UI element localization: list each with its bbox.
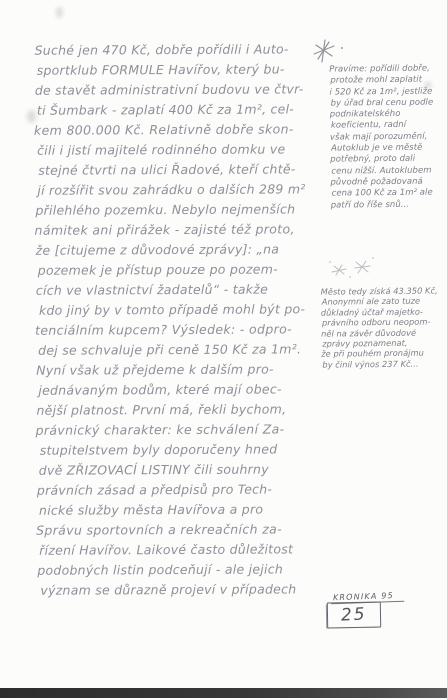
text-line: jednávaným bodům, které mají obec-	[38, 379, 328, 401]
scan-smudge	[56, 7, 63, 18]
text-line: de stavět administrativní budovu ve čtvr…	[35, 79, 327, 101]
text-line: tenciálním kupcem? Výsledek: - odpro-	[35, 319, 328, 341]
text-line: cena 100 Kč za 1m² ale	[332, 188, 447, 201]
scan-edge-bar	[0, 688, 447, 698]
page-number-box: 25	[327, 602, 381, 629]
text-line: námitek ani přirážek - zajisté též proto…	[34, 219, 327, 241]
text-line: dej se schvaluje při ceně 150 Kč za 1m².	[38, 339, 328, 361]
text-line: Nyní však už přejdeme k dalším pro-	[36, 359, 328, 381]
text-line: právnický charakter: ke schválení Za-	[36, 419, 329, 441]
text-line: právních zásad a předpisů pro Tech-	[37, 479, 329, 501]
text-line: kem 800.000 Kč. Relativně dobře skon-	[34, 119, 327, 141]
text-line: dvě ZŘIZOVACÍ LISTINY čili souhrny	[39, 459, 329, 481]
text-line: jí rozšířit svou zahrádku o dalších 289 …	[37, 179, 327, 201]
text-line: přilehlého pozemku. Nebylo nejmenších	[35, 199, 327, 221]
text-line: Město tedy získá 43.350 Kč,	[321, 285, 445, 297]
text-line: význam se důrazně projeví v případech	[40, 579, 329, 601]
text-line: cích ve vlastnictví žadatelů“ - takže	[36, 279, 328, 301]
text-line: nické služby města Havířova a pro	[39, 499, 329, 521]
page-number: 25	[341, 606, 367, 624]
main-text-block: Suché jen 470 Kč, dobře pořídili i Auto-…	[35, 39, 330, 601]
text-line: cenu nižší. Autoklubem	[331, 165, 446, 178]
text-line: pozemek je přístup pouze po pozem-	[38, 259, 328, 281]
text-line: ti Šumbark - zaplatí 400 Kč za 1m², cel-	[37, 99, 327, 121]
text-line: čili i jistí majitelé rodinného domku ve	[37, 139, 327, 161]
text-line: Suché jen 470 Kč, dobře pořídili i Auto-	[35, 39, 327, 61]
text-line: Pravíme: pořídili dobře,	[329, 63, 445, 76]
text-line: nější platnost. První má, řekli bychom,	[36, 399, 328, 421]
margin-note-1: Pravíme: pořídili dobře,protože mohl zap…	[329, 63, 447, 211]
text-line: stejné čtvrti na ulici Řadové, kteří cht…	[38, 159, 327, 181]
margin-note-2: Město tedy získá 43.350 Kč,Anonymní ale …	[321, 285, 446, 370]
text-line: Správu sportovních a rekreačních za-	[36, 519, 329, 541]
text-line: podobných listin podceňují - ale jejich	[37, 559, 329, 581]
text-line: sportklub FORMULE Havířov, který bu-	[37, 59, 327, 81]
text-line: právního odboru neopom-	[322, 317, 445, 329]
text-line: kdo jiný by v tomto případě mohl být po-	[39, 299, 328, 321]
text-line: řízení Havířov. Laikové často důležitost	[39, 539, 329, 561]
text-line: by činil výnos 237 Kč...	[322, 358, 445, 370]
text-line: stupitelstvem byly doporučeny hned	[40, 439, 329, 461]
text-line: že [citujeme z důvodové zprávy]: „na	[36, 239, 328, 261]
double-asterisk-icon	[328, 254, 376, 280]
text-line: patří do říše snů...	[331, 199, 447, 212]
text-line: by úřad bral cenu podle	[331, 97, 446, 110]
asterisk-icon	[313, 38, 347, 66]
chronicle-page: Suché jen 470 Kč, dobře pořídili i Auto-…	[0, 0, 447, 700]
